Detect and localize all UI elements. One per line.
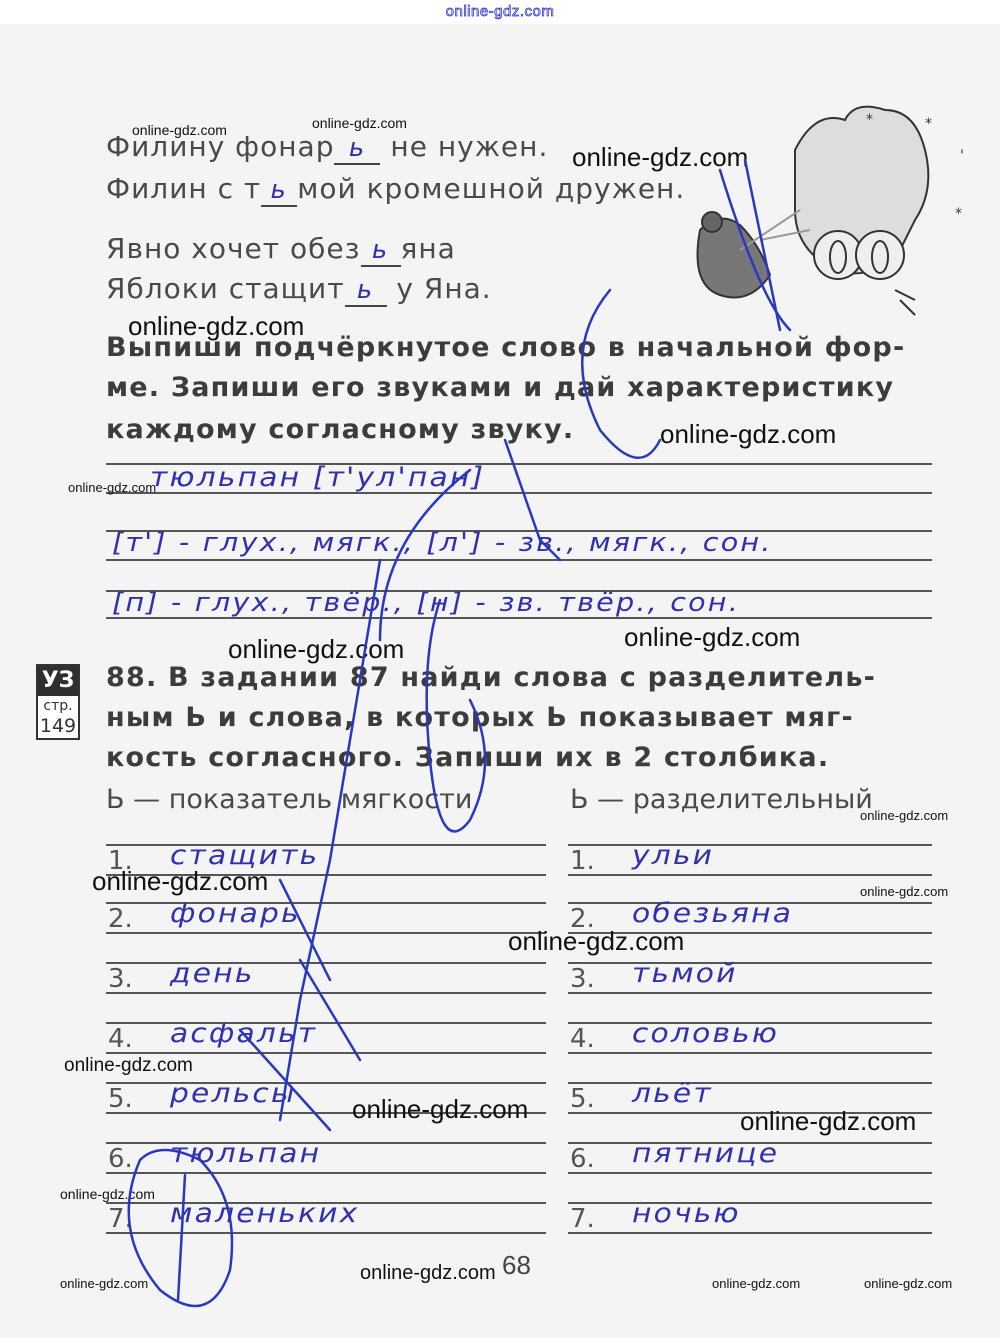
poem-text: мой кромешной дружен.	[297, 172, 685, 205]
watermark: online-gdz.com	[712, 1276, 800, 1291]
watermark: online-gdz.com	[132, 122, 227, 138]
poem-text: Филин с т	[106, 172, 261, 205]
separating-sign-word: ночью	[632, 1198, 741, 1229]
soft-sign-word: асфальт	[170, 1018, 317, 1049]
writing-line	[106, 559, 932, 561]
separating-sign-word: пятнице	[632, 1138, 779, 1169]
item-number: 6.	[570, 1144, 595, 1174]
soft-sign-word: маленьких	[170, 1198, 359, 1229]
separating-sign-word: ульи	[632, 840, 714, 871]
handwritten-letter: ь	[372, 235, 389, 265]
top-watermark-bar: online-gdz.com	[0, 0, 1000, 24]
item-number: 5.	[570, 1084, 595, 1114]
writing-line	[568, 1202, 932, 1204]
badge-code: УЗ	[38, 666, 78, 696]
watermark: online-gdz.com	[352, 1094, 528, 1125]
writing-line	[106, 1172, 546, 1174]
item-number: 7.	[570, 1204, 595, 1234]
soft-sign-word: тюльпан	[170, 1138, 321, 1169]
item-number: 1.	[570, 846, 595, 876]
item-number: 2.	[108, 904, 133, 934]
soft-sign-word: рельсы	[170, 1078, 297, 1109]
watermark: online-gdz.com	[64, 1055, 193, 1077]
poem-text: Яблоки стащит	[106, 272, 345, 305]
watermark: online-gdz.com	[92, 866, 268, 897]
item-number: 4.	[108, 1024, 133, 1054]
poem-text: яна	[401, 232, 456, 265]
page-reference-badge: УЗ стр. 149	[36, 664, 80, 740]
handwritten-answer: тюльпан [т'ул'пан]	[150, 462, 485, 493]
watermark: online-gdz.com	[860, 808, 948, 823]
writing-line	[568, 1052, 932, 1054]
writing-line	[568, 1232, 932, 1234]
writing-line	[106, 932, 546, 934]
separating-sign-word: обезьяна	[632, 898, 793, 929]
watermark: online-gdz.com	[60, 1186, 155, 1202]
watermark: online-gdz.com	[864, 1276, 952, 1291]
writing-line	[106, 992, 546, 994]
fill-blank: ь	[334, 130, 380, 165]
badge-page: 149	[38, 714, 78, 738]
item-number: 5.	[108, 1084, 133, 1114]
watermark: online-gdz.com	[60, 1276, 148, 1291]
poem-text: у Яна.	[387, 272, 492, 305]
item-number: 3.	[108, 964, 133, 994]
writing-line	[568, 1082, 932, 1084]
writing-line	[568, 844, 932, 846]
watermark: online-gdz.com	[660, 419, 836, 450]
soft-sign-word: день	[170, 958, 255, 989]
poem-text: Явно хочет обез	[106, 232, 361, 265]
handwritten-letter: ь	[349, 133, 366, 163]
item-number: 4.	[570, 1024, 595, 1054]
separating-sign-word: льёт	[632, 1078, 713, 1109]
column-header-separating: Ь — разделительный	[570, 784, 873, 815]
handwritten-answer: [т'] - глух., мягк., [л'] - зв., мягк., …	[112, 528, 773, 558]
writing-line	[568, 874, 932, 876]
handwritten-letter: ь	[271, 175, 288, 205]
writing-line	[106, 1052, 546, 1054]
task-88-line: 88. В задании 87 найди слова с разделите…	[106, 662, 876, 693]
fill-blank: ь	[361, 232, 401, 267]
watermark: online-gdz.com	[68, 480, 156, 495]
watermark: online-gdz.com	[128, 311, 304, 342]
item-number: 3.	[570, 964, 595, 994]
task-88-line: ным Ь и слова, в которых Ь показывает мя…	[106, 702, 854, 733]
watermark: online-gdz.com	[360, 1262, 496, 1285]
instruction-line: каждому согласному звуку.	[106, 414, 574, 445]
writing-line	[568, 1172, 932, 1174]
item-number: 6.	[108, 1144, 133, 1174]
handwritten-letter: ь	[357, 275, 374, 305]
poem-line-3: Явно хочет обезьяна	[106, 232, 456, 267]
soft-sign-word: фонарь	[170, 898, 301, 929]
writing-line	[568, 992, 932, 994]
column-header-soft: Ь — показатель мягкости	[106, 784, 472, 815]
page-number: 68	[502, 1250, 531, 1281]
poem-line-4: Яблоки стащить у Яна.	[106, 272, 492, 307]
watermark: online-gdz.com	[228, 634, 404, 665]
separating-sign-word: соловью	[632, 1018, 779, 1049]
item-number: 7.	[108, 1204, 133, 1234]
watermark: online-gdz.com	[860, 884, 948, 899]
handwritten-answer: [п] - глух., твёр., [н] - зв. твёр., сон…	[112, 588, 740, 618]
writing-line	[106, 1232, 546, 1234]
poem-line-2: Филин с тьмой кромешной дружен.	[106, 172, 685, 207]
badge-label: стр.	[38, 698, 78, 714]
fill-blank: ь	[345, 272, 387, 307]
watermark: online-gdz.com	[740, 1106, 916, 1137]
instruction-line: ме. Запиши его звуками и дай характерист…	[106, 372, 894, 403]
watermark: online-gdz.com	[508, 926, 684, 957]
watermark: online-gdz.com	[624, 622, 800, 653]
separating-sign-word: тьмой	[632, 958, 738, 989]
top-watermark: online-gdz.com	[446, 3, 555, 20]
poem-text: не нужен.	[380, 130, 548, 163]
watermark: online-gdz.com	[572, 142, 748, 173]
fill-blank: ь	[261, 172, 297, 207]
task-88-line: кость согласного. Запиши их в 2 столбика…	[106, 742, 829, 773]
writing-line	[568, 962, 932, 964]
watermark: online-gdz.com	[312, 115, 407, 131]
